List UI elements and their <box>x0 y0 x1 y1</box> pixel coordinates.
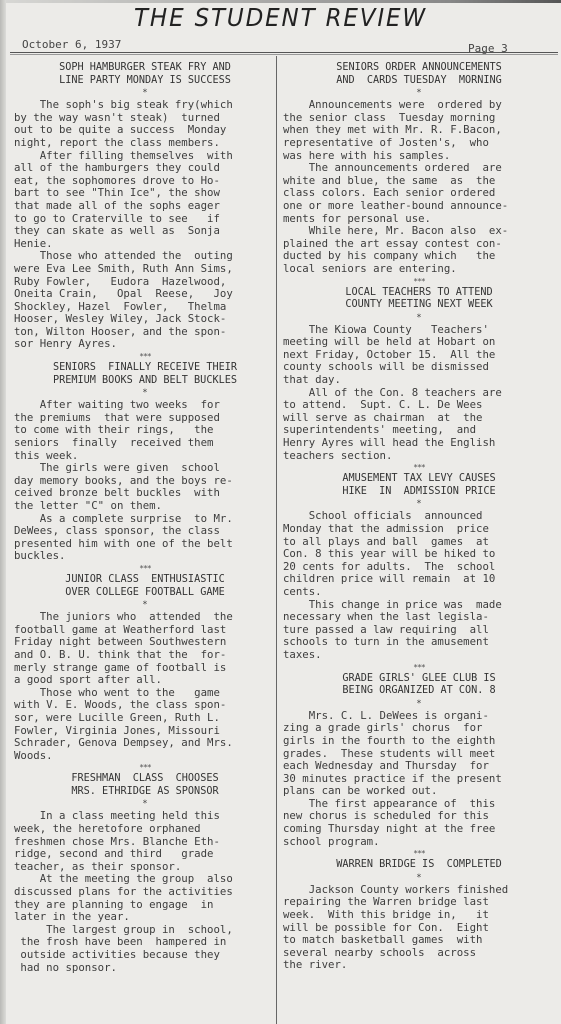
article-headline: JUNIOR CLASS ENTHUSIASTIC <box>14 574 276 587</box>
article-text-line: Monday that the admission price <box>283 523 555 536</box>
article-text-line: outside activities because they <box>14 949 276 962</box>
article: GRADE GIRLS' GLEE CLUB ISBEING ORGANIZED… <box>283 673 555 849</box>
article-headline: SENIORS FINALLY RECEIVE THEIR <box>14 362 276 375</box>
article-text-line: teachers section. <box>283 450 555 463</box>
article-headline: LOCAL TEACHERS TO ATTEND <box>283 287 555 300</box>
article-text-line: seniors finally received them <box>14 437 276 450</box>
article-headline: SOPH HAMBURGER STEAK FRY AND <box>14 62 276 75</box>
article-text-line: later in the year. <box>14 911 276 924</box>
article-text-line: Oneita Crain, Opal Reese, Joy <box>14 288 276 301</box>
article-text-line: sor, were Lucille Green, Ruth L. <box>14 712 276 725</box>
article-text-line: each Wednesday and Thursday for <box>283 760 555 773</box>
article-text-line: that made all of the sophs eager <box>14 200 276 213</box>
article-text-line: and O. B. U. think that the for- <box>14 649 276 662</box>
article-headline: GRADE GIRLS' GLEE CLUB IS <box>283 673 555 686</box>
article-text-line: school program. <box>283 836 555 849</box>
page-left-edge <box>0 0 6 1024</box>
article-text-line: Woods. <box>14 750 276 763</box>
article-text-line: night, report the class members. <box>14 137 276 150</box>
article-text-line: representative of Josten's, who <box>283 137 555 150</box>
article-headline: OVER COLLEGE FOOTBALL GAME <box>14 587 276 600</box>
section-separator: *** <box>283 848 555 859</box>
article-headline: MRS. ETHRIDGE AS SPONSOR <box>14 786 276 799</box>
article-text-line: necessary when the last legisla- <box>283 611 555 624</box>
article: AMUSEMENT TAX LEVY CAUSESHIKE IN ADMISSI… <box>283 473 555 661</box>
article-text-line: Schrader, Genova Dempsey, and Mrs. <box>14 737 276 750</box>
section-separator: *** <box>283 276 555 287</box>
article-headline: HIKE IN ADMISSION PRICE <box>283 486 555 499</box>
article-text-line: Hooser, Wesley Wiley, Jack Stock- <box>14 313 276 326</box>
article-headline: AND CARDS TUESDAY MORNING <box>283 75 555 88</box>
article-text-line: week, the heretofore orphaned <box>14 823 276 836</box>
article-text-line: children price will remain at 10 <box>283 573 555 586</box>
article-text-line: the river. <box>283 959 555 972</box>
article: SENIORS ORDER ANNOUNCEMENTSAND CARDS TUE… <box>283 62 555 276</box>
article: SOPH HAMBURGER STEAK FRY ANDLINE PARTY M… <box>14 62 276 351</box>
article-text-line: cents. <box>283 586 555 599</box>
article-text-line: The announcements ordered are <box>283 162 555 175</box>
headline-star-separator: * <box>283 312 555 324</box>
article: JUNIOR CLASS ENTHUSIASTICOVER COLLEGE FO… <box>14 574 276 762</box>
article-text-line: plans can be worked out. <box>283 785 555 798</box>
article-text-line: The soph's big steak fry(which <box>14 99 276 112</box>
article-text-line: Con. 8 this year will be hiked to <box>283 548 555 561</box>
issue-date: October 6, 1937 <box>22 38 121 51</box>
article-text-line: The girls were given school <box>14 462 276 475</box>
header-rule <box>10 52 558 53</box>
article-text-line: The juniors who attended the <box>14 611 276 624</box>
article-headline: COUNTY MEETING NEXT WEEK <box>283 299 555 312</box>
article-headline: LINE PARTY MONDAY IS SUCCESS <box>14 75 276 88</box>
section-separator: *** <box>283 462 555 473</box>
article-headline: FRESHMAN CLASS CHOOSES <box>14 773 276 786</box>
article-text-line: ridge, second and third grade <box>14 848 276 861</box>
column-divider <box>276 56 277 1024</box>
article-headline: BEING ORGANIZED AT CON. 8 <box>283 685 555 698</box>
article-text-line: that day. <box>283 374 555 387</box>
article-text-line: discussed plans for the activities <box>14 886 276 899</box>
article: WARREN BRIDGE IS COMPLETED* Jackson Coun… <box>283 859 555 972</box>
article-headline: PREMIUM BOOKS AND BELT BUCKLES <box>14 375 276 388</box>
article-text-line: the letter "C" on them. <box>14 500 276 513</box>
article-text-line: to match basketball games with <box>283 934 555 947</box>
article-text-line: sor Henry Ayres. <box>14 338 276 351</box>
article-text-line: DeWees, class sponsor, the class <box>14 525 276 538</box>
article-headline: SENIORS ORDER ANNOUNCEMENTS <box>283 62 555 75</box>
article: SENIORS FINALLY RECEIVE THEIRPREMIUM BOO… <box>14 362 276 563</box>
article-text-line: one or more leather-bound announce- <box>283 200 555 213</box>
article-text-line: were Eva Lee Smith, Ruth Ann Sims, <box>14 263 276 276</box>
article: LOCAL TEACHERS TO ATTENDCOUNTY MEETING N… <box>283 287 555 463</box>
article-text-line: had no sponsor. <box>14 962 276 975</box>
article-text-line: they can skate as well as Sonja <box>14 225 276 238</box>
masthead-title: THE STUDENT REVIEW <box>22 0 538 36</box>
article-headline: AMUSEMENT TAX LEVY CAUSES <box>283 473 555 486</box>
article-text-line: to attend. Supt. C. L. De Wees <box>283 399 555 412</box>
header-rule-secondary <box>10 54 558 55</box>
article-text-line: buckles. <box>14 550 276 563</box>
article-text-line: week. With this bridge in, it <box>283 909 555 922</box>
article-text-line: After waiting two weeks for <box>14 399 276 412</box>
article-text-line: taxes. <box>283 649 555 662</box>
article-text-line: schools to turn in the amusement <box>283 636 555 649</box>
left-column: SOPH HAMBURGER STEAK FRY ANDLINE PARTY M… <box>14 62 276 974</box>
section-separator: *** <box>14 762 276 773</box>
section-separator: *** <box>14 351 276 362</box>
right-column: SENIORS ORDER ANNOUNCEMENTSAND CARDS TUE… <box>283 62 555 972</box>
article: FRESHMAN CLASS CHOOSESMRS. ETHRIDGE AS S… <box>14 773 276 974</box>
article-headline: WARREN BRIDGE IS COMPLETED <box>283 859 555 872</box>
article-text-line: Henry Ayres will head the English <box>283 437 555 450</box>
section-separator: *** <box>14 563 276 574</box>
article-text-line: While here, Mr. Bacon also ex- <box>283 225 555 238</box>
article-text-line: meeting will be held at Hobart on <box>283 336 555 349</box>
article-text-line: coming Thursday night at the free <box>283 823 555 836</box>
article-text-line: local seniors are entering. <box>283 263 555 276</box>
article-text-line: all of the hamburgers they could <box>14 162 276 175</box>
headline-star-separator: * <box>283 698 555 710</box>
article-text-line: a good sport after all. <box>14 674 276 687</box>
article-text-line: girls in the fourth to the eighth <box>283 735 555 748</box>
section-separator: *** <box>283 662 555 673</box>
article-text-line: Announcements were ordered by <box>283 99 555 112</box>
